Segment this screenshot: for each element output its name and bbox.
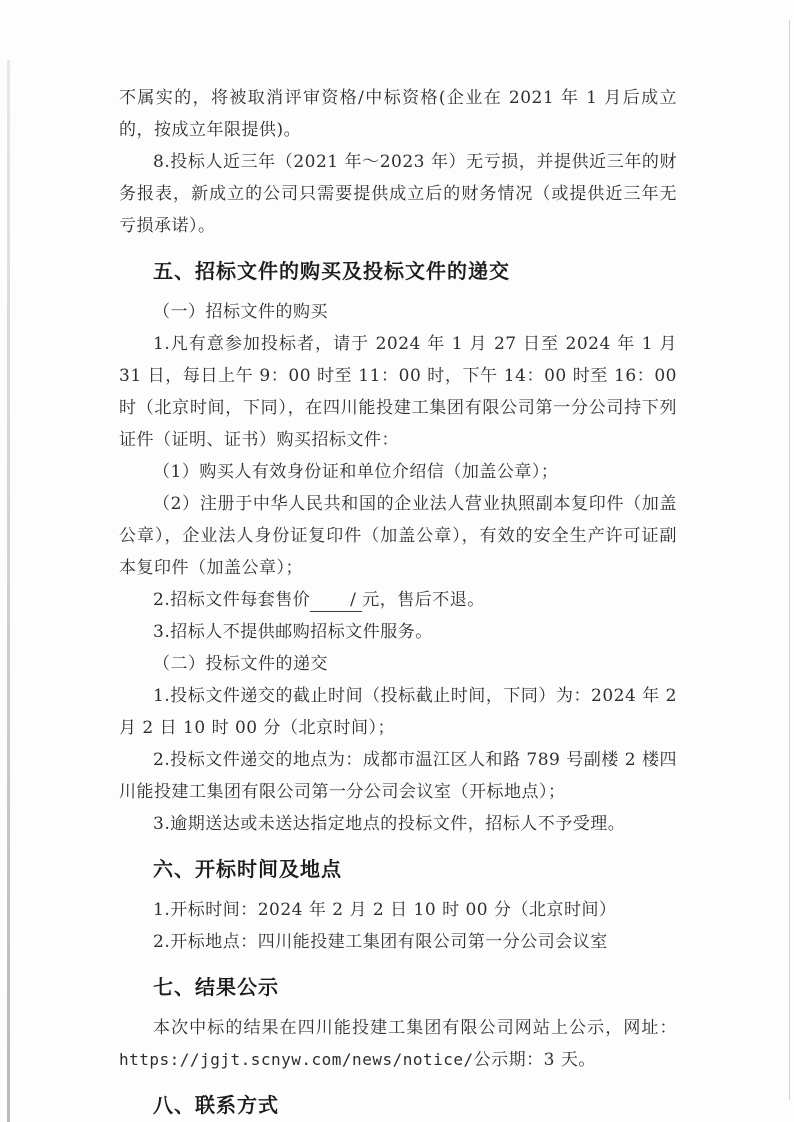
paragraph-continuation: 不属实的，将被取消评审资格/中标资格(企业在 2021 年 1 月后成立的，按成… (119, 82, 677, 146)
price-line-prefix: 2.招标文件每套售价 (153, 590, 310, 610)
document-content: 不属实的，将被取消评审资格/中标资格(企业在 2021 年 1 月后成立的，按成… (119, 82, 677, 1122)
result-publicity-text: 本次中标的结果在四川能投建工集团有限公司网站上公示，网址： (153, 1018, 677, 1038)
section-heading-5-purchase-and-submission: 五、招标文件的购买及投标文件的递交 (119, 257, 677, 287)
paragraph-deadline: 1.投标文件递交的截止时间（投标截止时间，下同）为：2024 年 2 月 2 日… (119, 680, 677, 744)
paragraph-opening-time: 1.开标时间：2024 年 2 月 2 日 10 时 00 分（北京时间） (119, 894, 677, 926)
paragraph-purchase-item-1: 1.凡有意参加投标者，请于 2024 年 1 月 27 日至 2024 年 1 … (119, 328, 677, 456)
publicity-url: https://jgjt.scnyw.com/news/notice/ (119, 1050, 474, 1069)
section-heading-8-contact: 八、联系方式 (119, 1091, 677, 1121)
price-line-suffix: 元，售后不退。 (362, 590, 485, 610)
paragraph-opening-place: 2.开标地点：四川能投建工集团有限公司第一分公司会议室 (119, 926, 677, 958)
scan-edge-artifact-right (789, 20, 790, 1100)
paragraph-credential-2: （2）注册于中华人民共和国的企业法人营业执照副本复印件（加盖公章），企业法人身份… (119, 488, 677, 584)
paragraph-price-line: 2.招标文件每套售价/元，售后不退。 (119, 584, 677, 616)
scanned-document-page: 不属实的，将被取消评审资格/中标资格(企业在 2021 年 1 月后成立的，按成… (0, 0, 794, 1122)
section-heading-6-bid-opening: 六、开标时间及地点 (119, 855, 677, 885)
paragraph-late-delivery: 3.逾期送达或未送达指定地点的投标文件，招标人不予受理。 (119, 808, 677, 840)
publicity-period: 公示期：3 天。 (474, 1050, 596, 1070)
paragraph-submission-address: 2.投标文件递交的地点为：成都市温江区人和路 789 号副楼 2 楼四川能投建工… (119, 744, 677, 808)
paragraph-item-8: 8.投标人近三年（2021 年～2023 年）无亏损，并提供近三年的财务报表，新… (119, 146, 677, 242)
paragraph-no-mail-order: 3.招标人不提供邮购招标文件服务。 (119, 616, 677, 648)
subsection-heading-purchase: （一）招标文件的购买 (119, 296, 677, 328)
scan-edge-artifact-left (7, 60, 10, 1122)
paragraph-result-publicity: 本次中标的结果在四川能投建工集团有限公司网站上公示，网址：https://jgj… (119, 1012, 677, 1076)
subsection-heading-submission: （二）投标文件的递交 (119, 648, 677, 680)
price-blank-underline: / (310, 589, 362, 612)
paragraph-credential-1: （1）购买人有效身份证和单位介绍信（加盖公章）； (119, 456, 677, 488)
section-heading-7-result-publicity: 七、结果公示 (119, 973, 677, 1003)
